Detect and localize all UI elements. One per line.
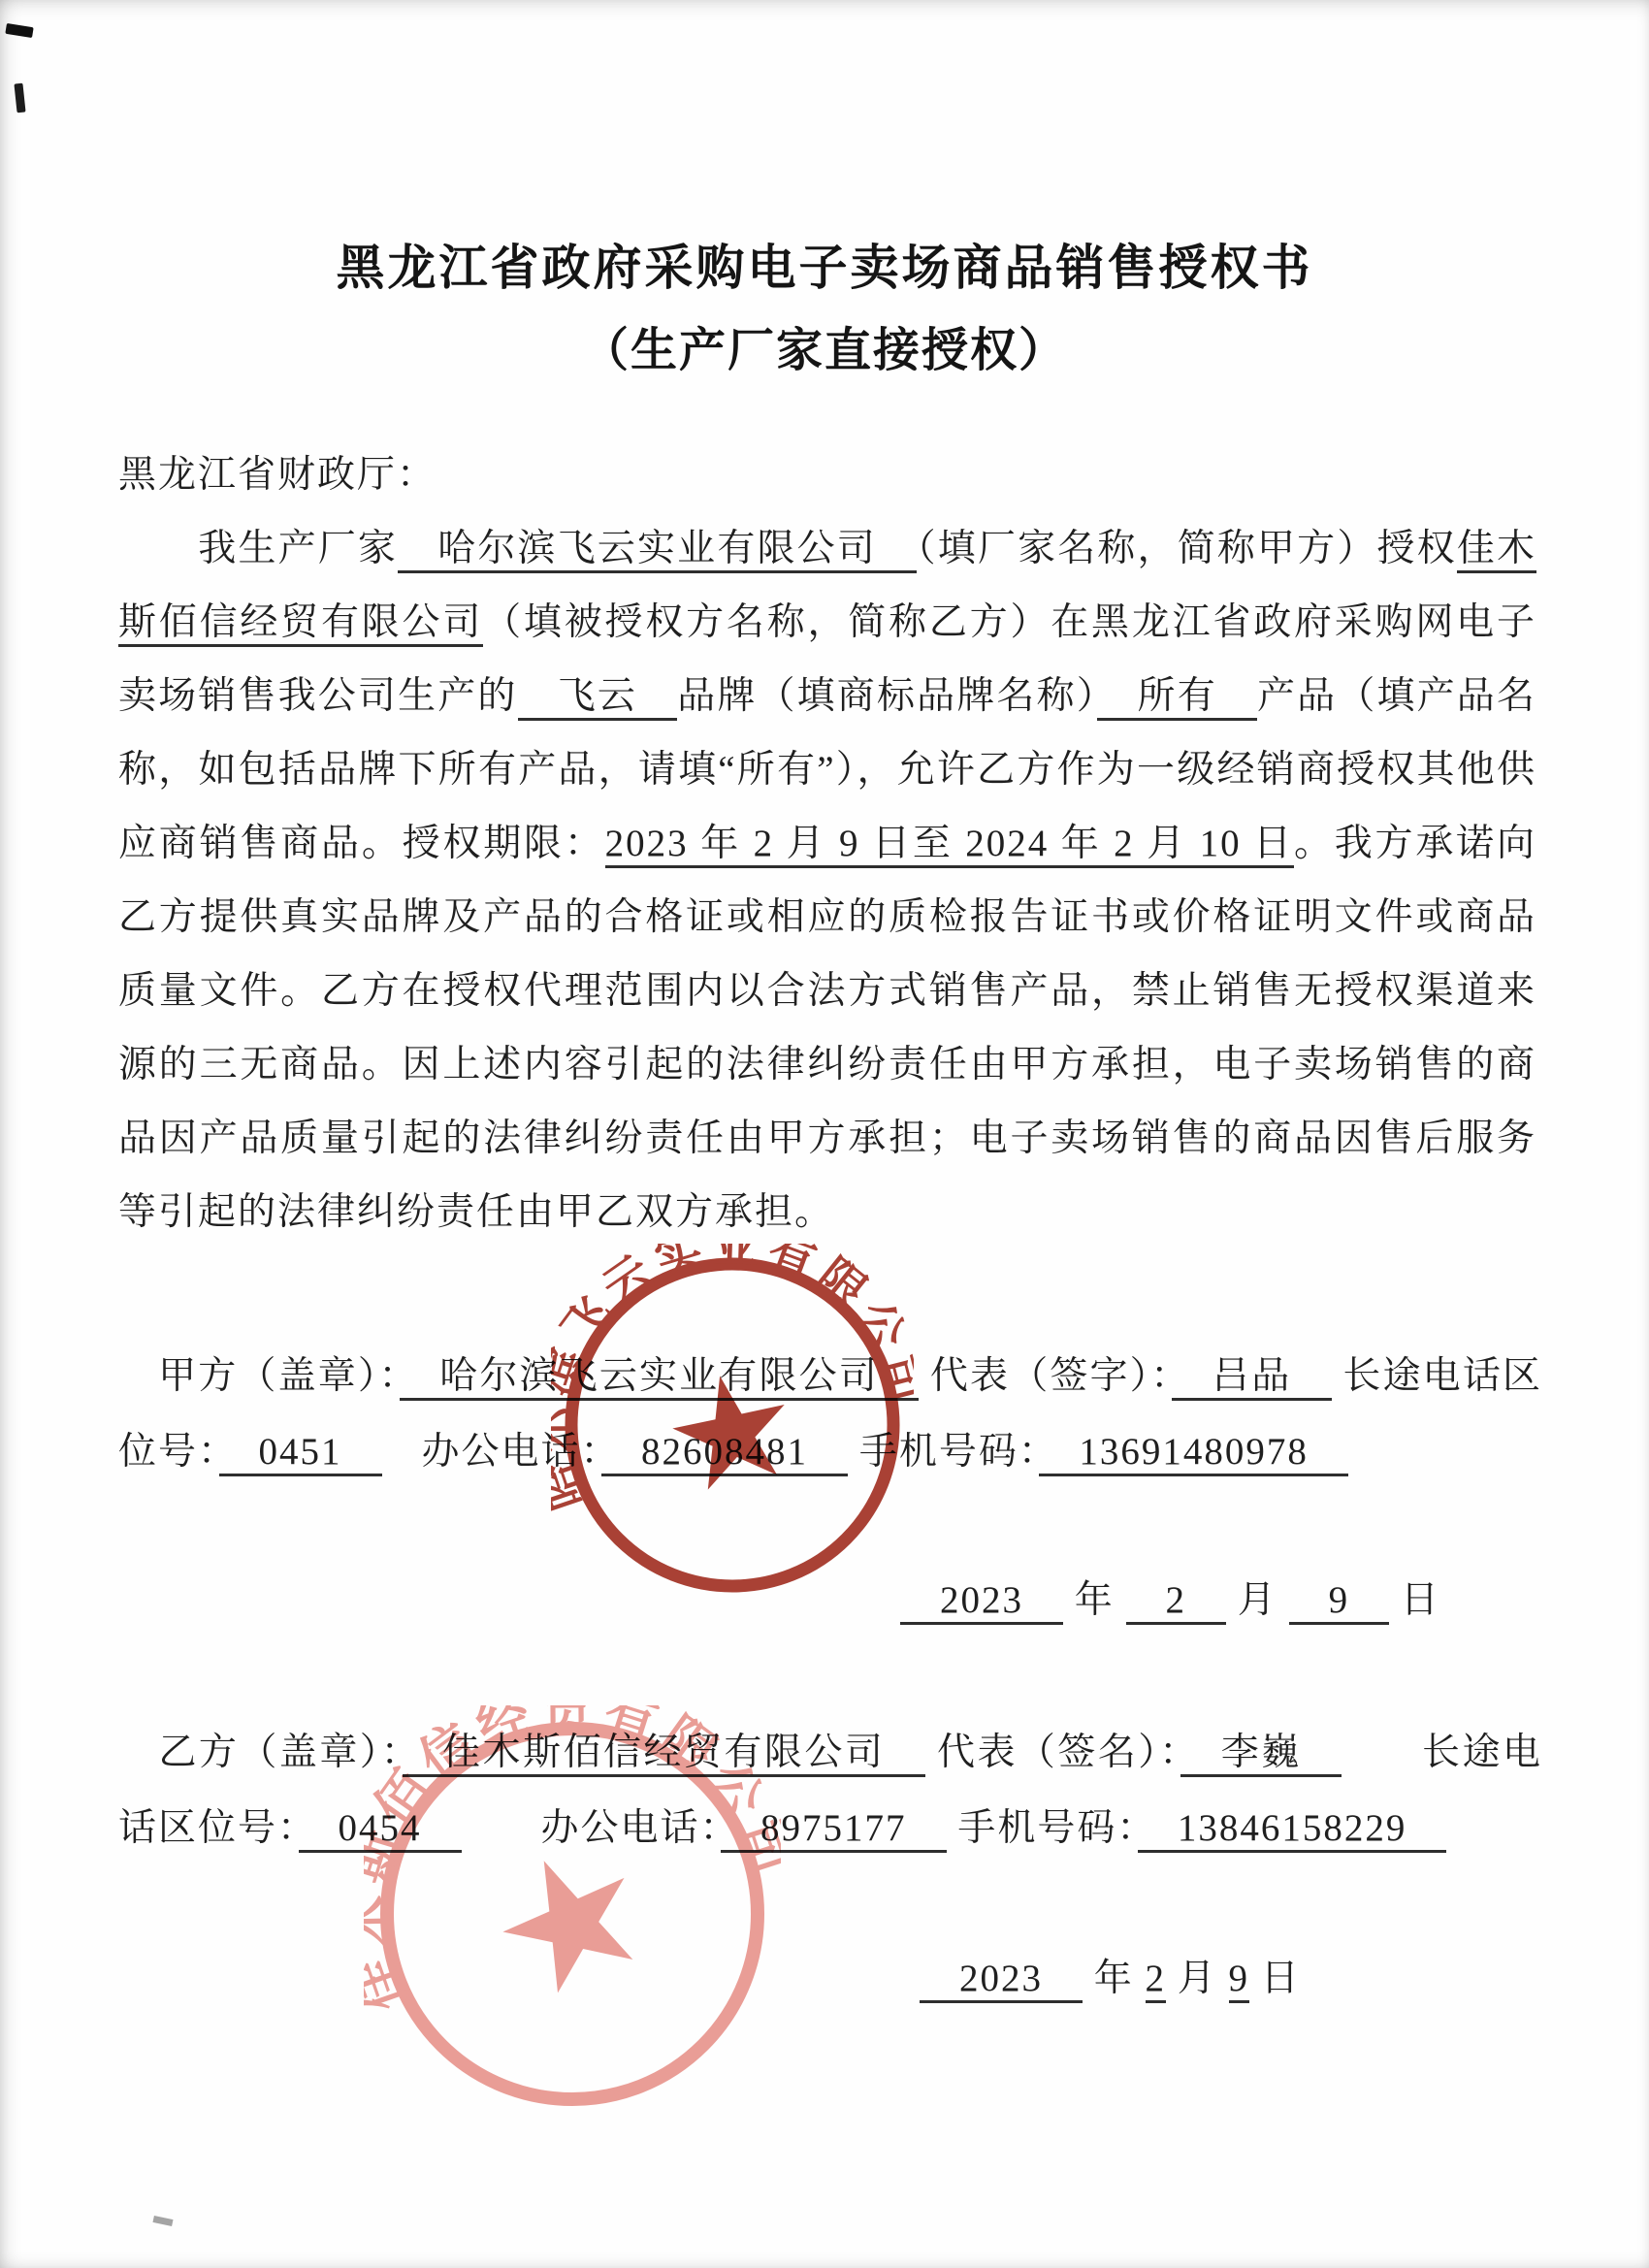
form-text: 。我方承诺向乙方提供真实品牌及产品的合格证或相应的质检报告证书或价格证明文件或商…: [118, 823, 1536, 1233]
filled-in-value: 9: [1289, 1579, 1390, 1625]
filled-in-value: 0454: [299, 1807, 462, 1853]
filled-in-value: 8975177: [721, 1807, 947, 1853]
filled-in-value: 13846158229: [1138, 1807, 1447, 1853]
form-text: 我生产厂家: [118, 528, 398, 569]
salutation: 黑龙江省财政厅：: [118, 438, 1536, 512]
authorization-paragraph: 我生产厂家 哈尔滨飞云实业有限公司 （填厂家名称，简称甲方）授权佳木斯佰信经贸有…: [118, 512, 1536, 1249]
form-text: 年: [1063, 1579, 1126, 1621]
form-text: 品牌（填商标品牌名称）: [677, 675, 1097, 717]
filled-in-value: 2: [1126, 1579, 1227, 1625]
filled-in-value: 飞云: [518, 675, 678, 721]
scanned-document-page: 黑龙江省政府采购电子卖场商品销售授权书 （生产厂家直接授权） 黑龙江省财政厅： …: [0, 0, 1649, 2268]
filled-in-value: 吕品: [1172, 1355, 1332, 1401]
party-b-signature-block: 乙方（盖章）： 佳木斯佰信经贸有限公司 代表（签名）： 李巍 长途电话区位号： …: [118, 1715, 1542, 1866]
filled-in-value: 13691480978: [1039, 1431, 1348, 1476]
party-b-date: 2023 年 2 月 9 日: [920, 1942, 1301, 2016]
filled-in-value: 哈尔滨飞云实业有限公司: [400, 1355, 919, 1401]
form-text: 乙方（盖章）：: [118, 1732, 403, 1773]
filled-in-value: 2023 年 2 月 9 日至 2024 年 2 月 10 日: [605, 823, 1294, 868]
form-text: 日: [1389, 1579, 1440, 1621]
form-text: 月: [1226, 1579, 1289, 1621]
form-text: 办公电话：: [462, 1807, 722, 1849]
filled-in-value: 9: [1229, 1958, 1250, 2003]
filled-in-value: 所有: [1097, 675, 1257, 721]
form-text: （填厂家名称，简称甲方）授权: [917, 528, 1457, 569]
party-a-date: 2023 年 2 月 9 日: [900, 1564, 1440, 1637]
filled-in-value: 2023: [900, 1579, 1063, 1625]
filled-in-value: 0451: [219, 1431, 382, 1476]
form-text: 代表（签字）：: [919, 1355, 1172, 1397]
scan-artifact: [14, 83, 25, 113]
filled-in-value: 2: [1146, 1958, 1167, 2003]
document-header: 黑龙江省政府采购电子卖场商品销售授权书 （生产厂家直接授权）: [0, 229, 1649, 379]
scan-artifact: [152, 2216, 173, 2226]
party-a-signature-block: 甲方（盖章）： 哈尔滨飞云实业有限公司 代表（签字）： 吕品 长途电话区位号： …: [118, 1339, 1542, 1490]
form-text: 月: [1166, 1958, 1229, 1999]
document-subtitle: （生产厂家直接授权）: [0, 312, 1649, 379]
filled-in-value: 82608481: [601, 1431, 848, 1476]
form-text: 日: [1249, 1958, 1301, 1999]
form-text: 甲方（盖章）：: [118, 1355, 400, 1397]
filled-in-value: 李巍: [1180, 1732, 1342, 1777]
document-title: 黑龙江省政府采购电子卖场商品销售授权书: [0, 229, 1649, 299]
scan-artifact: [5, 23, 33, 38]
form-text: 代表（签名）：: [925, 1732, 1180, 1773]
filled-in-value: 2023: [920, 1958, 1083, 2003]
form-text: 办公电话：: [382, 1431, 602, 1473]
filled-in-value: 哈尔滨飞云实业有限公司: [398, 528, 917, 573]
form-text: 年: [1083, 1958, 1146, 1999]
filled-in-value: 佳木斯佰信经贸有限公司: [403, 1732, 925, 1777]
form-text: 手机号码：: [947, 1807, 1138, 1849]
form-text: 手机号码：: [848, 1431, 1039, 1473]
